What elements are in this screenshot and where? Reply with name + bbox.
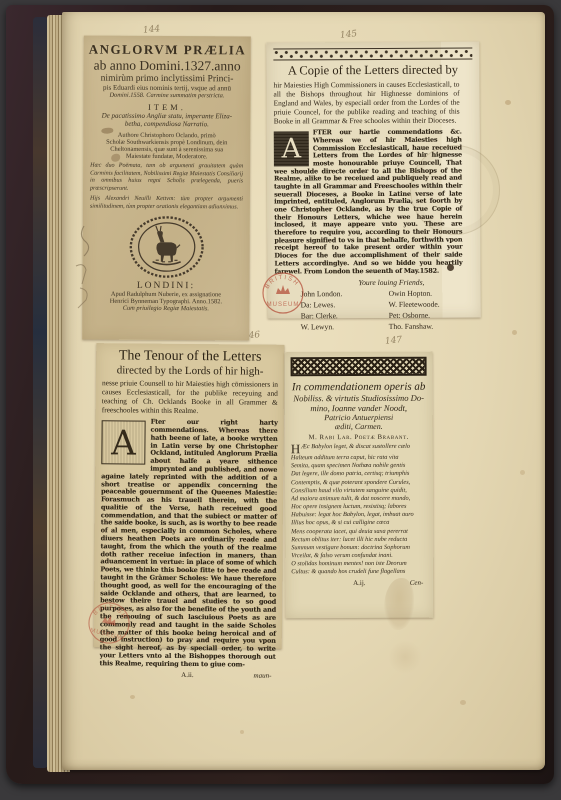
- foxing-spot: [240, 730, 244, 734]
- poem-heading-2: Nobiliss. & virtutis Studiosissimo Do-: [291, 393, 427, 403]
- foxing-spot: [512, 330, 517, 335]
- signatory: W. Fleetewoode.: [389, 299, 474, 310]
- poem-heading-1: In commendationem operis ab: [291, 381, 427, 393]
- poem-line: Ad maiora animum tulit, & dat noscere mu…: [291, 495, 427, 504]
- tenour-subheading: nesse priuie Counsell to hir Maiesties h…: [102, 378, 278, 416]
- poem-line: Habuisse: legat hoc Babylon, legat, imbu…: [291, 511, 427, 520]
- signatory: Tho. Fanshaw.: [389, 321, 474, 332]
- stag-device-icon: [127, 214, 205, 278]
- signature-mark: A.ii.: [181, 671, 194, 679]
- imprint-line-2: Henrici Bynneman Typographi. Anno.1582.: [87, 297, 244, 305]
- signatory: W. Lewyn.: [301, 321, 389, 332]
- poem-heading-3: mino, Ioanne vander Noodt,: [291, 403, 427, 413]
- british-museum-stamp-icon: BRITISH MUSEUM: [260, 270, 306, 316]
- catchword: maun-: [254, 671, 272, 679]
- latin-poem: HÆc Babylon leget, & discat sustollere c…: [291, 443, 427, 577]
- signatory: John London.: [301, 288, 389, 299]
- woodcut-dropcap-A: A: [274, 131, 309, 166]
- signatories-list: John London. Owin Hopton. Da: Lewes. W. …: [301, 288, 474, 333]
- title-anglorum-praelia: ANGLORVM PRÆLIA: [89, 42, 246, 59]
- signatory: Bar: Clerke.: [301, 310, 389, 321]
- ornament-band-icon: [273, 47, 472, 60]
- folio-number-145: 145: [340, 29, 358, 41]
- tenour-heading-2: directed by the Lords of hir high-: [102, 364, 278, 378]
- svg-text:MUSEUM: MUSEUM: [90, 628, 123, 642]
- poem-line: Cultus: & quando hos crudeli fune flagel…: [291, 568, 427, 577]
- copie-heading: A Copie of the Letters directed by: [273, 62, 472, 78]
- marbled-endpaper-edge: [33, 17, 48, 768]
- knotwork-band-icon: [291, 357, 427, 376]
- foxing-spot: [460, 700, 466, 705]
- marginalia-pen-marks: [70, 222, 96, 312]
- catchword: Cen-: [410, 578, 424, 586]
- folio-number-147: 147: [385, 335, 403, 347]
- imprint-privilege: Cum priuilegio Regiæ Maiestatis.: [87, 304, 244, 312]
- poem-line: Mens cooperata iacet, qui deuia saxa per…: [291, 527, 427, 536]
- note-poemata: Hæc duo Poëmata, tam ob argumenti grauit…: [90, 163, 243, 194]
- poem-byline: M. Rabi Lar. Poetæ Brabant.: [291, 434, 427, 441]
- item-subtitle-2: betha, compendiosa Narratio.: [88, 120, 245, 129]
- photograph-background: 144 145 146 147 ANGLORVM PRÆLIA ab anno …: [0, 0, 561, 800]
- signature-mark: A.ij.: [353, 579, 365, 587]
- clipping-commendatory-poem: In commendationem operis ab Nobiliss. & …: [285, 352, 434, 619]
- tenour-heading-1: The Tenour of the Letters: [102, 348, 278, 366]
- poem-heading-5: æditi, Carmen.: [291, 422, 427, 431]
- poem-line: Contemptis, & quæ poterant spondere Curu…: [291, 478, 427, 487]
- book-page: 144 145 146 147 ANGLORVM PRÆLIA ab anno …: [62, 12, 545, 770]
- foxing-spot: [130, 695, 135, 699]
- poem-heading-4: Patricio Antuerpiensi: [291, 413, 427, 422]
- foxing-spot: [520, 470, 525, 475]
- poem-line: HÆc Babylon leget, & discat sustollere c…: [291, 443, 427, 455]
- embossed-stamp-icon: [410, 145, 500, 235]
- copie-subheading: hir Maiesties High Commissioners in caus…: [273, 80, 459, 126]
- clipping-anglorum-praelia-titlepage: ANGLORVM PRÆLIA ab anno Domini.1327.anno…: [82, 36, 251, 341]
- stain: [388, 640, 422, 674]
- author-line-4: Maiestate fundatæ, Moderatore.: [88, 153, 245, 161]
- title-line-2: ab anno Domini.1327.anno: [89, 58, 246, 75]
- note-kettum: Hijs Alexandri Neuilli Kettvm: tùm propt…: [90, 196, 243, 212]
- signatory: Da: Lewes.: [301, 299, 389, 310]
- poem-line: Dat legere, ille domo patria, certisq; t…: [291, 470, 427, 479]
- title-line-5: Domini.1558. Carmine summatim perstricta…: [88, 92, 245, 100]
- folio-number-144: 144: [143, 24, 161, 36]
- woodcut-dropcap-A: A: [101, 420, 145, 464]
- closing-salutation: Youre louing Friends,: [359, 278, 474, 288]
- svg-text:MUSEUM: MUSEUM: [267, 302, 300, 308]
- poem-line: Summum vestigare bonum: doctrina Sophoru…: [291, 544, 427, 553]
- signatory: Owin Hopton.: [389, 288, 474, 299]
- signatory: Pet: Osborne.: [389, 310, 474, 321]
- foxing-spot: [505, 100, 511, 105]
